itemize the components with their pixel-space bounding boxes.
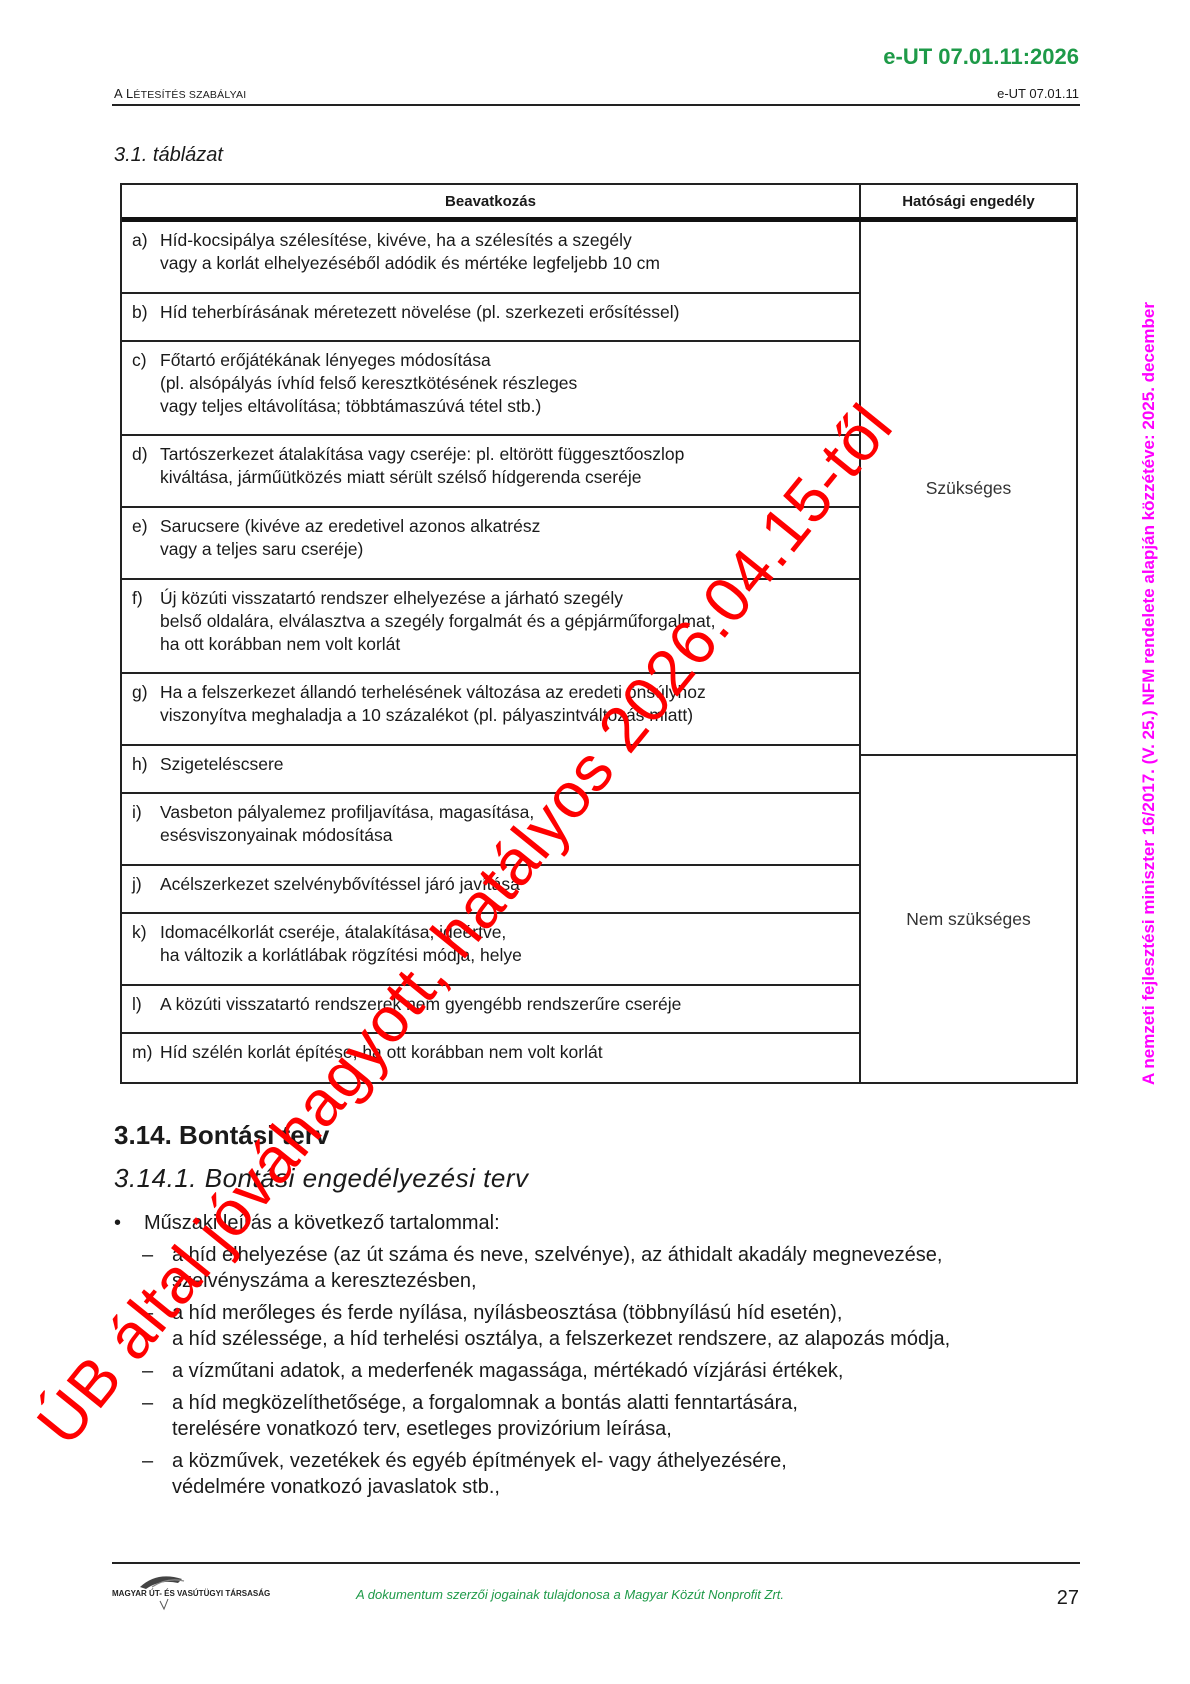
dash-icon: – [142,1390,172,1442]
row-label: f) [132,587,160,610]
list-item: –a híd megközelíthetősége, a forgalomnak… [114,1390,1034,1442]
row-label: b) [132,301,160,324]
table-caption: 3.1. táblázat [114,144,223,167]
row-text-line: vagy teljes eltávolítása; többtámaszúvá … [132,395,859,418]
content-list: • Műszaki leírás a következő tartalommal… [114,1210,1034,1506]
column-header-permit: Hatósági engedély [861,185,1076,217]
row-text-line: m)Híd szélén korlát építése, ha ott korá… [132,1041,859,1064]
row-text-line: l)A közúti visszatartó rendszerek nem gy… [132,993,859,1016]
permit-cell-required: Szükséges [861,222,1076,756]
bullet-icon: • [114,1210,144,1236]
list-item: –a vízműtani adatok, a mederfenék magass… [114,1358,1034,1384]
permit-cell-not-required: Nem szükséges [861,756,1076,1082]
table-row: g)Ha a felszerkezet állandó terhelésének… [122,674,859,746]
row-label: e) [132,515,160,538]
table-row: h)Szigeteléscsere [122,746,859,794]
list-item-text: a közművek, vezetékek és egyéb építménye… [172,1448,787,1500]
table-header-row: Beavatkozás Hatósági engedély [122,185,1076,222]
row-text-line: c)Főtartó erőjátékának lényeges módosítá… [132,349,859,372]
column-header-intervention: Beavatkozás [122,185,861,217]
row-text-line: g)Ha a felszerkezet állandó terhelésének… [132,681,859,704]
header-title-rest: ÉTESÍTÉS SZABÁLYAI [133,89,246,101]
row-label: g) [132,681,160,704]
page-number: 27 [1057,1587,1079,1610]
logo-text: MAGYAR ÚT- ÉS VASÚTÜGYI TÁRSASÁG [112,1589,270,1598]
list-item: –a híd elhelyezése (az út száma és neve,… [114,1242,1034,1294]
row-text-line: ha ott korábban nem volt korlát [132,633,859,656]
row-label: h) [132,753,160,776]
list-item-text: a híd merőleges és ferde nyílása, nyílás… [172,1300,950,1352]
list-item: –a híd merőleges és ferde nyílása, nyílá… [114,1300,1034,1352]
intervention-column: a)Híd-kocsipálya szélesítése, kivéve, ha… [122,222,861,1082]
table-row: l)A közúti visszatartó rendszerek nem gy… [122,986,859,1034]
row-text-line: a)Híd-kocsipálya szélesítése, kivéve, ha… [132,229,859,252]
row-text-line: vagy a korlát elhelyezéséből adódik és m… [132,252,859,275]
list-item-text: a híd elhelyezése (az út száma és neve, … [172,1242,942,1294]
table-row: d)Tartószerkezet átalakítása vagy cseréj… [122,436,859,508]
row-text-line: h)Szigeteléscsere [132,753,859,776]
table-body: a)Híd-kocsipálya szélesítése, kivéve, ha… [122,222,1076,1082]
company-logo: MAGYAR ÚT- ÉS VASÚTÜGYI TÁRSASÁG [112,1573,262,1613]
header-title-cap: A L [114,86,133,101]
table-row: b)Híd teherbírásának méretezett növelése… [122,294,859,342]
row-label: k) [132,921,160,944]
row-label: d) [132,443,160,466]
row-label: j) [132,873,160,896]
row-text-line: d)Tartószerkezet átalakítása vagy cseréj… [132,443,859,466]
table-row: m)Híd szélén korlát építése, ha ott korá… [122,1034,859,1082]
permit-column: Szükséges Nem szükséges [861,222,1076,1082]
document-code: e-UT 07.01.11:2026 [883,44,1079,70]
row-text-line: kiváltása, járműütközés miatt sérült szé… [132,466,859,489]
header-divider [112,104,1080,106]
list-item-text: a vízműtani adatok, a mederfenék magassá… [172,1358,843,1384]
row-text-line: b)Híd teherbírásának méretezett növelése… [132,301,859,324]
row-label: a) [132,229,160,252]
row-text-line: viszonyítva meghaladja a 10 százalékot (… [132,704,859,727]
row-label: i) [132,801,160,824]
table-row: a)Híd-kocsipálya szélesítése, kivéve, ha… [122,222,859,294]
list-item: –a közművek, vezetékek és egyéb építmény… [114,1448,1034,1500]
running-header-title: A LÉTESÍTÉS SZABÁLYAI [114,86,246,101]
row-label: l) [132,993,160,1016]
intervention-table: Beavatkozás Hatósági engedély a)Híd-kocs… [120,183,1078,1084]
copyright-notice: A dokumentum szerzői jogainak tulajdonos… [356,1587,784,1602]
row-text-line: i)Vasbeton pályalemez profiljavítása, ma… [132,801,859,824]
table-row: c)Főtartó erőjátékának lényeges módosítá… [122,342,859,436]
subsection-heading: 3.14.1. Bontási engedélyezési terv [114,1163,528,1194]
list-item-text: a híd megközelíthetősége, a forgalomnak … [172,1390,798,1442]
running-header-ref: e-UT 07.01.11 [997,86,1079,101]
dash-icon: – [142,1448,172,1500]
row-label: c) [132,349,160,372]
row-text-line: ha változik a korlátlábak rögzítési módj… [132,944,859,967]
footer-divider [112,1562,1080,1564]
row-text-line: (pl. alsópályás ívhíd felső keresztkötés… [132,372,859,395]
publication-side-note: A nemzeti fejlesztési miniszter 16/2017.… [1139,302,1159,1085]
row-label: m) [132,1041,160,1064]
